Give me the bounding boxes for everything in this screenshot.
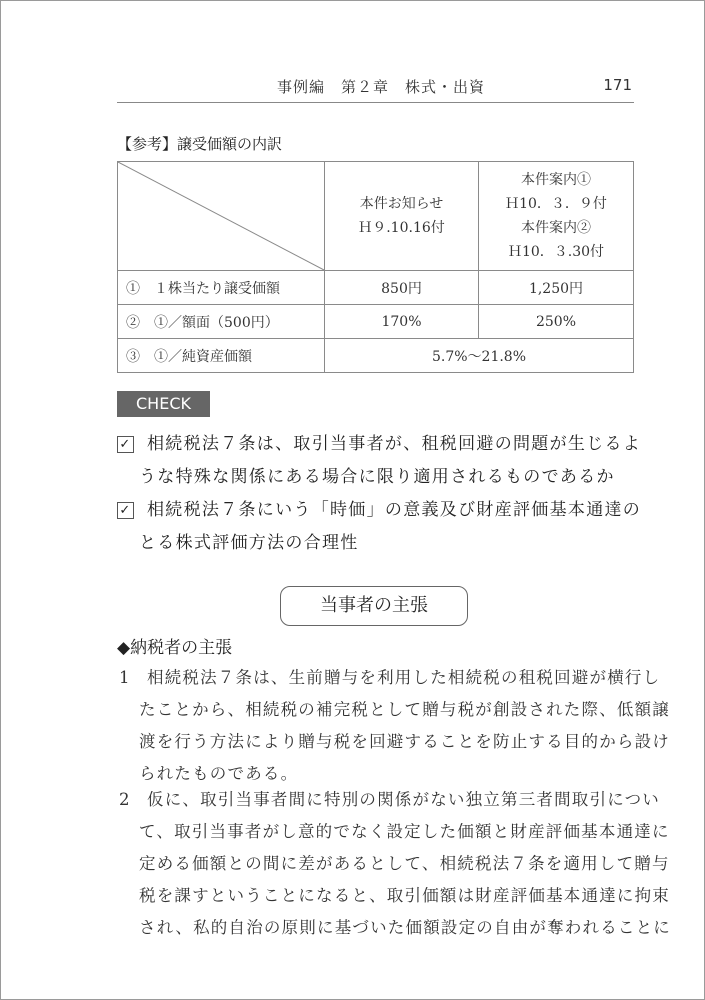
paragraph-1: 1 相続税法７条は、生前贈与を利用した相続税の租税回避が横行し たことから、相続… — [117, 662, 637, 790]
table-cell: 850円 — [325, 271, 479, 305]
checkbox-checked-icon: ✓ — [117, 502, 134, 519]
table-header-row: 本件お知らせ Ｈ９.10.16付 本件案内① Ｈ10．３．９付 本件案内② Ｈ1… — [118, 162, 634, 271]
section-heading: 当事者の主張 — [280, 586, 468, 626]
table-row: ① １株当たり譲受価額 850円 1,250円 — [118, 271, 634, 305]
table-cell-merged: 5.7%～21.8% — [325, 339, 634, 373]
diagonal-corner-cell — [118, 162, 325, 271]
diagonal-line-icon — [118, 162, 324, 270]
row-label: ③ ①／純資産価額 — [118, 339, 325, 373]
subheading: ◆納税者の主張 — [117, 633, 232, 658]
table-row: ② ①／額面（500円） 170% 250% — [118, 305, 634, 339]
check-list: ✓ 相続税法７条は、取引当事者が、租税回避の問題が生じるよ うな特殊な関係にある… — [117, 428, 642, 560]
chapter-title: 事例編 第２章 株式・出資 — [277, 76, 485, 97]
table-cell: 250% — [479, 305, 634, 339]
row-label: ① １株当たり譲受価額 — [118, 271, 325, 305]
row-label: ② ①／額面（500円） — [118, 305, 325, 339]
check-badge: CHECK — [117, 391, 210, 417]
table-cell: 170% — [325, 305, 479, 339]
running-header: 事例編 第２章 株式・出資 171 — [117, 74, 634, 103]
column-header-notice: 本件お知らせ Ｈ９.10.16付 — [325, 162, 479, 271]
column-header-guide: 本件案内① Ｈ10．３．９付 本件案内② Ｈ10．３.30付 — [479, 162, 634, 271]
check-item: ✓ 相続税法７条は、取引当事者が、租税回避の問題が生じるよ うな特殊な関係にある… — [117, 428, 642, 494]
checkbox-checked-icon: ✓ — [117, 436, 134, 453]
reference-table: 本件お知らせ Ｈ９.10.16付 本件案内① Ｈ10．３．９付 本件案内② Ｈ1… — [117, 161, 634, 373]
paragraph-number: 2 — [119, 784, 131, 816]
paragraph-2: 2 仮に、取引当事者間に特別の関係がない独立第三者間取引につい て、取引当事者が… — [117, 784, 637, 944]
page-number: 171 — [603, 76, 632, 94]
paragraph-number: 1 — [119, 662, 131, 694]
table-row: ③ ①／純資産価額 5.7%～21.8% — [118, 339, 634, 373]
table-cell: 1,250円 — [479, 271, 634, 305]
check-item: ✓ 相続税法７条にいう「時価」の意義及び財産評価基本通達の とる株式評価方法の合… — [117, 494, 642, 560]
reference-title: 【参考】譲受価額の内訳 — [117, 133, 282, 154]
